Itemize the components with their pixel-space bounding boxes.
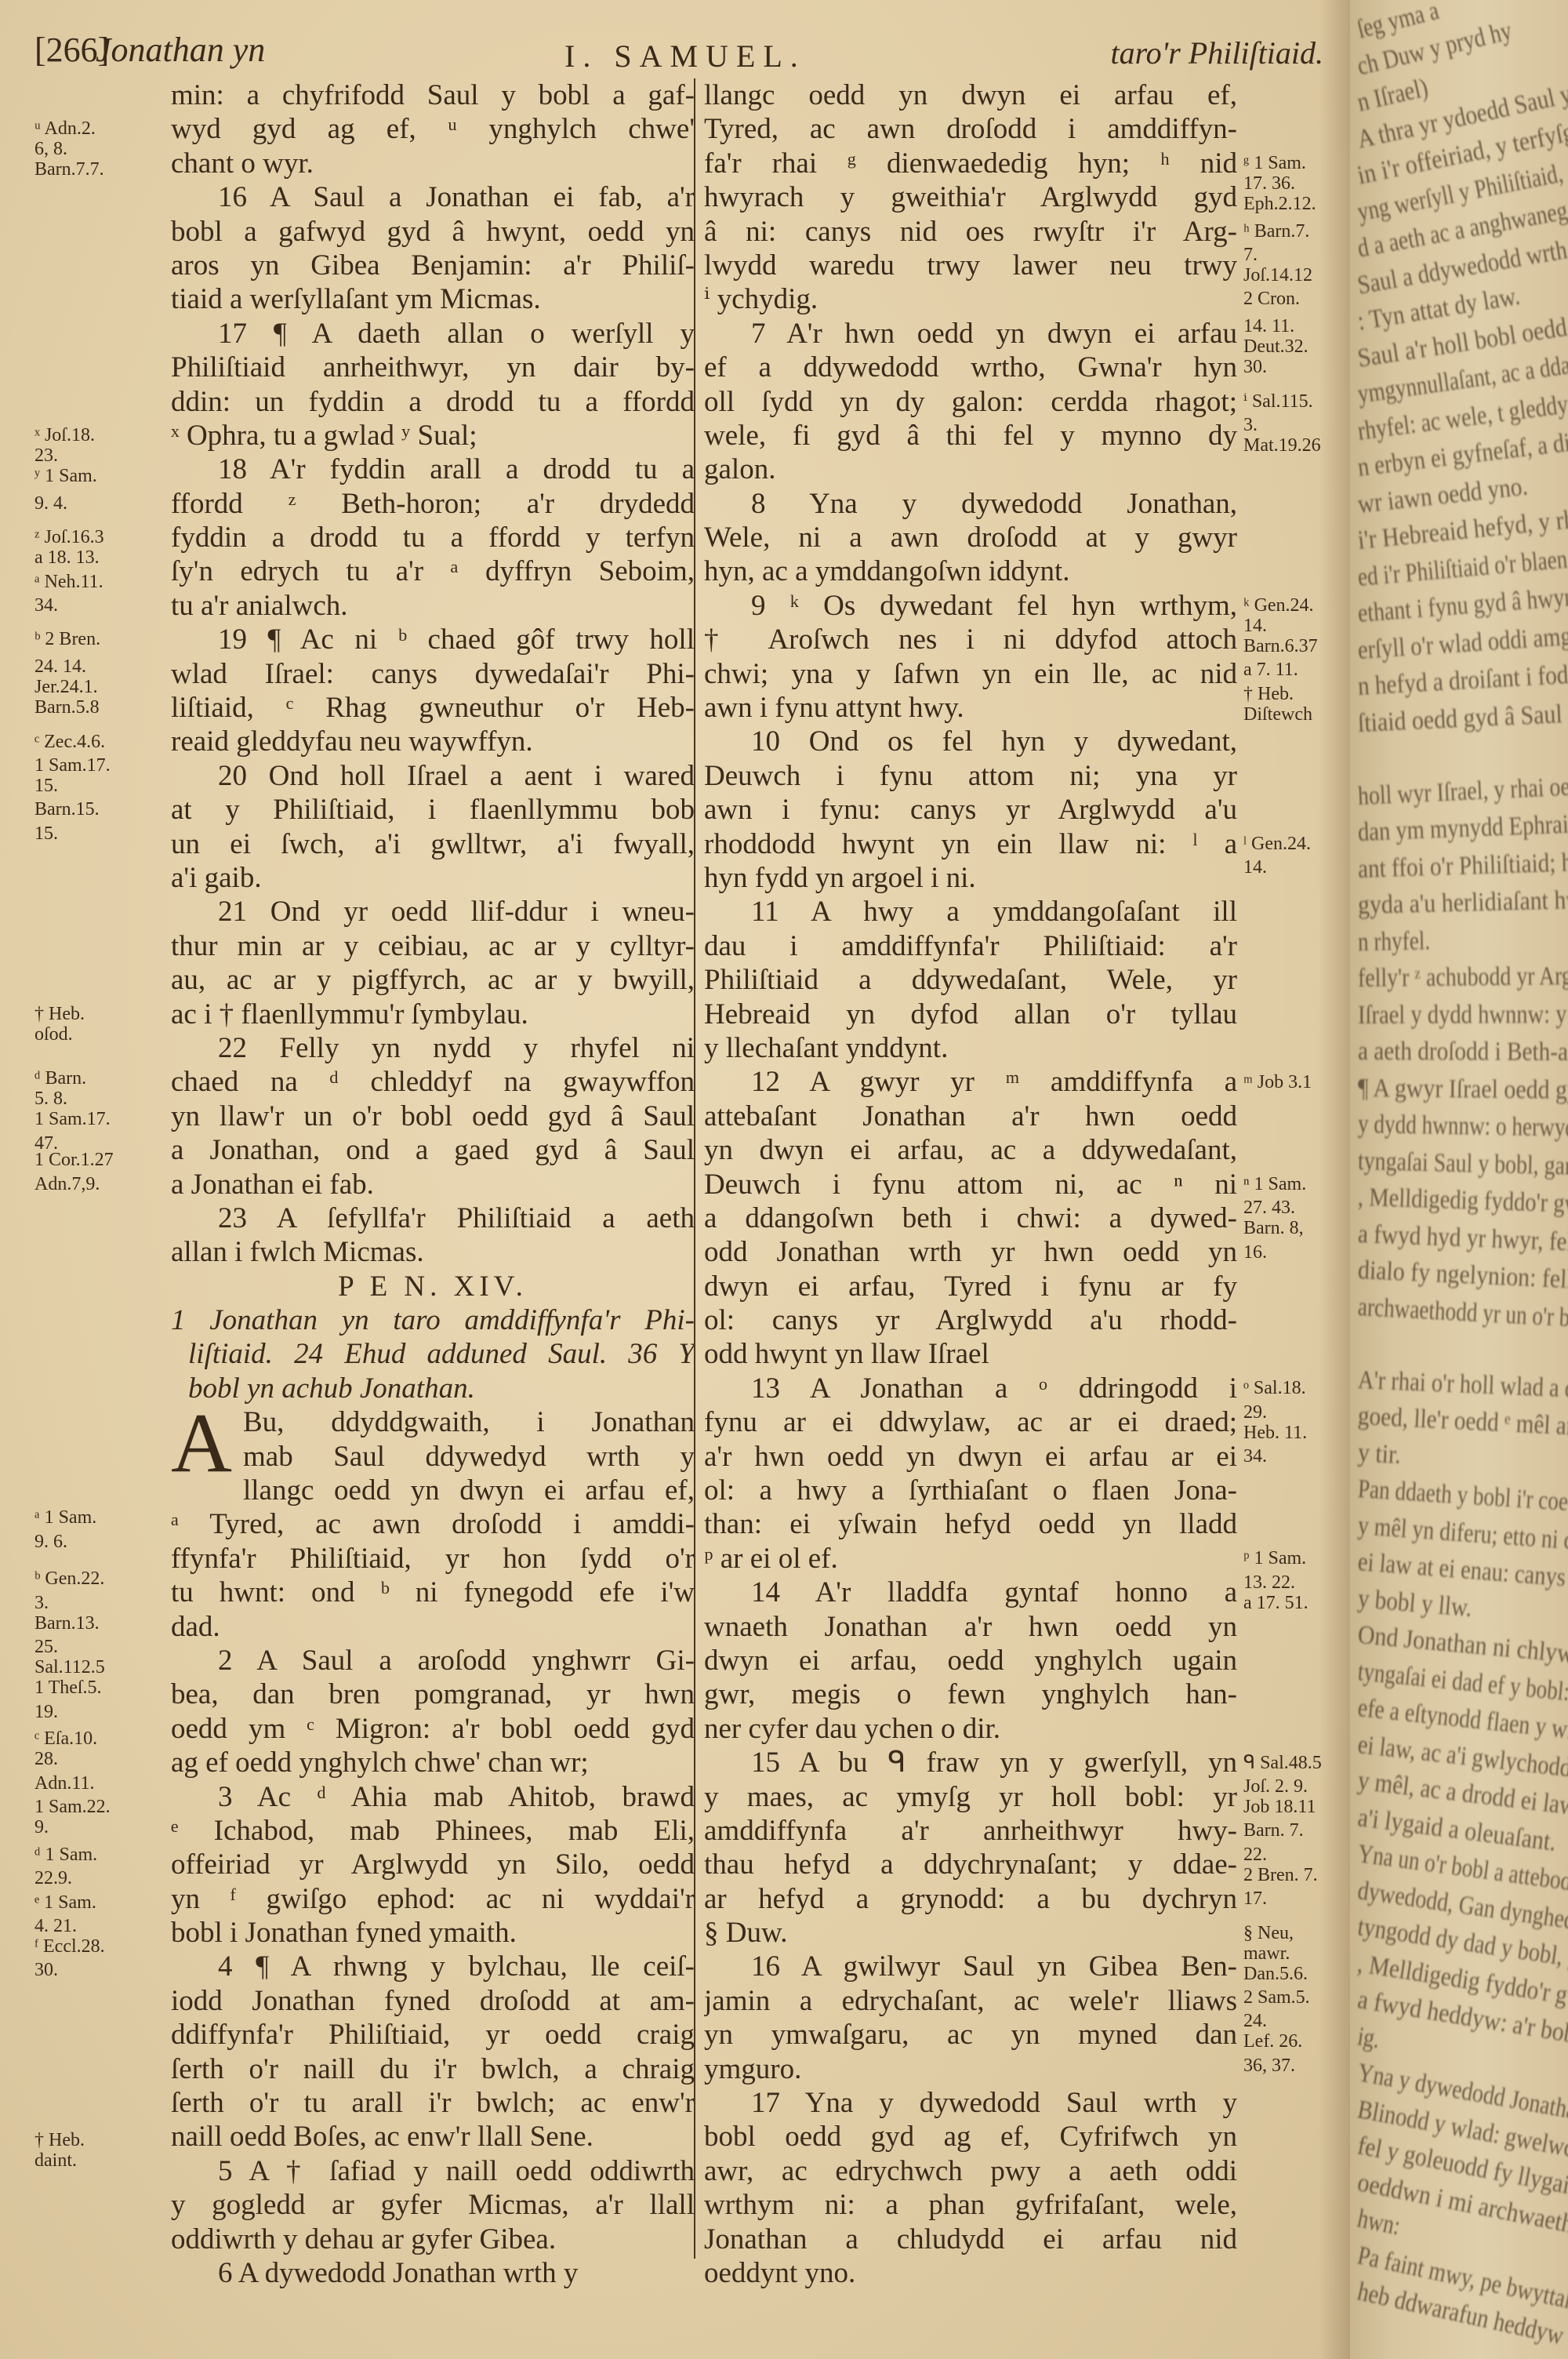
margin-reference: Barn. 8, (1243, 1218, 1304, 1238)
text-line: oddiwrth y dehau ar gyfer Gibea. (171, 2223, 695, 2256)
margin-reference: ᶜ Eſa.10. (34, 1728, 97, 1749)
margin-reference: † Heb. (1243, 684, 1294, 704)
adjacent-page-line: felly'r ᶻ achubodd yr Argl (1358, 961, 1568, 994)
text-line: tu hwnt: ond ᵇ ni fynegodd efe i'w (171, 1576, 695, 1609)
margin-reference: ᵇ Gen.22. (34, 1568, 104, 1589)
margin-reference: Joſ.14.12 (1243, 265, 1312, 285)
text-line: Jonathan a chludydd ei arfau nid (704, 2223, 1237, 2256)
margin-reference: a 17. 51. (1243, 1593, 1308, 1613)
margin-reference: Jer.24.1. (34, 677, 98, 697)
text-line: ol: a hwy a ſyrthiaſant o flaen Jona- (704, 1474, 1237, 1507)
right-column: llangc oedd yn dwyn ei arfau ef,Tyred, a… (704, 78, 1237, 2290)
adjacent-page-line: goed, lle'r oedd ᵉ mêl ar hyd (1357, 1401, 1568, 1444)
text-line: au, ac ar y pigffyrch, ac ar y bwyill, (171, 963, 695, 997)
margin-reference: Barn.5.8 (34, 697, 100, 718)
adjacent-page-line: gyda a'u herlidiaſant hwy o'u (1358, 885, 1568, 921)
adjacent-page-line: hwn: (1355, 2204, 1403, 2241)
margin-reference: Barn.13. (34, 1613, 100, 1634)
text-line: a'i gaib. (171, 861, 695, 895)
text-line: bobl oedd gyd ag ef, Cyfrifwch yn (704, 2120, 1237, 2154)
margin-reference: Deut.32. (1243, 336, 1308, 357)
margin-reference: 1 Theſ.5. (34, 1677, 102, 1698)
column-divider (694, 78, 695, 2259)
margin-reference: ᵒ Sal.18. (1243, 1378, 1306, 1398)
adjacent-page-line: ig. (1356, 2022, 1382, 2055)
margin-reference: Adn.11. (34, 1773, 94, 1794)
margin-reference: ᶜ Zec.4.6. (34, 732, 105, 752)
margin-reference: ᵘ Adn.2. (34, 118, 96, 139)
text-line: ar hefyd a grynodd: a bu dychryn (704, 1882, 1237, 1916)
margin-reference: 13. 22. (1243, 1572, 1295, 1593)
text-line: ſerth o'r naill du i'r bwlch, a chraig (171, 2052, 695, 2086)
text-line: lwydd waredu trwy lawer neu trwy (704, 249, 1237, 282)
margin-reference: 4. 21. (34, 1916, 77, 1936)
margin-reference: 1 Sam.17. (34, 755, 111, 776)
margin-reference: 3. (34, 1593, 49, 1613)
text-line: y gogledd ar gyfer Micmas, a'r llall (171, 2188, 695, 2222)
margin-reference: 29. (1243, 1402, 1267, 1423)
left-column: min: a chyfrifodd Saul y bobl a gaf-wyd … (171, 78, 695, 2290)
text-line: ag ef oedd ynghylch chwe' chan wr; (171, 1746, 695, 1779)
margin-reference: 15. (34, 776, 58, 796)
text-line: thau hefyd a ddychrynaſant; y ddae- (704, 1848, 1237, 1881)
margin-reference: 1 Sam.17. (34, 1109, 111, 1129)
text-line: yn dwyn ei arfau, ac a ddywedaſant, (704, 1133, 1237, 1167)
text-line: chwi; yna y ſafwn yn ein lle, ac nid (704, 657, 1237, 691)
margin-reference: 5. 8. (34, 1089, 67, 1109)
margin-reference: ᶻ Joſ.16.3 (34, 527, 104, 547)
margin-reference: Dan.5.6. (1243, 1964, 1308, 1984)
margin-reference: daint. (34, 2150, 77, 2171)
text-line: 3 Ac ᵈ Ahia mab Ahitob, brawd (171, 1780, 695, 1814)
text-line: tu a'r anialwch. (171, 589, 695, 623)
margin-reference: 1 Sam.22. (34, 1797, 111, 1817)
text-line: 10 Ond os fel hyn y dywedant, (704, 725, 1237, 758)
text-line: ac i † flaenllymmu'r ſymbylau. (171, 998, 695, 1031)
chapter-summary-line: bobl yn achub Jonathan. (171, 1372, 695, 1405)
text-line: Wele, ni a awn droſodd at y gwyr (704, 521, 1237, 554)
margin-reference: 22. (1243, 1845, 1267, 1865)
text-line: bobl a gafwyd gyd â hwynt, oedd yn (171, 215, 695, 249)
text-line: 6 A dywedodd Jonathan wrth y (171, 2256, 695, 2290)
text-line: wyd gyd ag ef, ᵘ ynghylch chwe' (171, 112, 695, 146)
text-line: 9 ᵏ Os dywedant fel hyn wrthym, (704, 589, 1237, 623)
text-line: 5 A † ſafiad y naill oedd oddiwrth (171, 2154, 695, 2188)
margin-reference: 17. (1243, 1888, 1267, 1909)
text-line: amddiffynfa a'r anrheithwyr hwy- (704, 1814, 1237, 1848)
adjacent-page-line: A'r rhai o'r holl wlad a ddae (1357, 1365, 1568, 1405)
margin-reference: Job 18.11 (1243, 1797, 1316, 1817)
text-line: llangc oedd yn dwyn ei arfau ef, (704, 78, 1237, 112)
margin-reference: a 18. 13. (34, 547, 100, 568)
adjacent-page-line: archwaethodd yr un o'r bobl ddim (1357, 1292, 1568, 1337)
margin-reference: ᵇ 2 Bren. (34, 629, 100, 649)
text-line: 15 A bu ᑫ fraw yn y gwerſyll, yn (704, 1746, 1237, 1779)
adjacent-page-line: holl wyr Iſrael, y rhai oedd (1357, 771, 1568, 812)
margin-reference: † Heb. (34, 2130, 85, 2150)
margin-reference: 23. (34, 445, 58, 466)
text-line: 16 A Saul a Jonathan ei fab, a'r (171, 180, 695, 214)
text-line: 22 Felly yn nydd y rhyfel ni (171, 1031, 695, 1065)
text-line: wele, fi gyd â thi fel y mynno dy (704, 419, 1237, 453)
adjacent-page-line: y tir. (1357, 1438, 1402, 1470)
text-line: fa'r rhai ᵍ dienwaededig hyn; ʰ nid (704, 147, 1237, 180)
text-line: 14 A'r lladdfa gyntaf honno a (704, 1576, 1237, 1609)
text-line: Philiſtiaid a ddywedaſant, Wele, yr (704, 963, 1237, 997)
margin-reference: Sal.112.5 (34, 1657, 105, 1677)
text-line: allan i fwlch Micmas. (171, 1235, 695, 1269)
text-line: oedd ym ᶜ Migron: a'r bobl oedd gyd (171, 1712, 695, 1746)
running-title-left: Jonathan yn (96, 30, 265, 70)
margin-reference: 9. 6. (34, 1532, 67, 1552)
text-line: 20 Ond holl Iſrael a aent i wared (171, 759, 695, 793)
margin-reference: ᵐ Job 3.1 (1243, 1072, 1312, 1092)
margin-reference: ⁿ 1 Sam. (1243, 1174, 1306, 1194)
text-line: ymguro. (704, 2052, 1237, 2086)
text-line: odd Jonathan wrth yr hwn oedd yn (704, 1235, 1237, 1269)
margin-reference: ʰ Barn.7. (1243, 221, 1309, 242)
margin-reference: 9. (34, 1817, 49, 1837)
margin-reference: Mat.19.26 (1243, 435, 1321, 456)
margin-reference: mawr. (1243, 1943, 1290, 1964)
adjacent-page-line: dan ym mynydd Ephraim, a (1357, 809, 1568, 848)
text-line: y llechaſant ynddynt. (704, 1031, 1237, 1065)
margin-reference: 14. 11. (1243, 316, 1294, 336)
text-line: a ddangoſwn beth i chwi: a dywed- (704, 1201, 1237, 1235)
margin-reference: 15. (34, 823, 58, 844)
margin-reference: 17. 36. (1243, 173, 1295, 194)
text-line: dwyn ei arfau, Tyred i fynu ar fy (704, 1270, 1237, 1303)
text-line: fynu ar ei ddwylaw, ac ar ei draed; (704, 1405, 1237, 1439)
book-page: [266] Jonathan yn I. SAMUEL. taro'r Phil… (0, 0, 1350, 2359)
margin-reference: ⁱ Sal.115. (1243, 391, 1313, 412)
text-line: llangc oedd yn dwyn ei arfau ef, (243, 1474, 695, 1507)
margin-reference: Barn.6.37 (1243, 636, 1318, 656)
text-line: attebaſant Jonathan a'r hwn oedd (704, 1100, 1237, 1133)
text-line: thur min ar y ceibiau, ac ar y cylltyr- (171, 929, 695, 963)
margin-reference: ᶠ Eccl.28. (34, 1936, 105, 1957)
margin-reference: 22.9. (34, 1868, 72, 1888)
margin-reference: 3. (1243, 415, 1258, 435)
adjacent-page-line: a fwyd hyd yr hwyr, fel y (1357, 1219, 1568, 1258)
text-line: ⁱ ychydig. (704, 282, 1237, 316)
text-line: hwyrach y gweithia'r Arglwydd gyd (704, 180, 1237, 214)
margin-reference: ᵈ 1 Sam. (34, 1845, 97, 1865)
text-line: iodd Jonathan fyned droſodd at am- (171, 1984, 695, 2018)
margin-reference: 34. (1243, 1446, 1267, 1467)
margin-reference: ᵏ Gen.24. (1243, 595, 1314, 616)
margin-reference: ᵃ 1 Sam. (34, 1507, 96, 1528)
text-line: at y Philiſtiaid, i flaenllymmu bob (171, 793, 695, 827)
text-line: ffynfa'r Philiſtiaid, yr hon ſydd o'r (171, 1542, 695, 1576)
text-line: † Aroſwch nes i ni ddyfod attoch (704, 623, 1237, 656)
text-line: ſy'n edrych tu a'r ᵃ dyffryn Seboim, (171, 554, 695, 588)
margin-reference: 19. (34, 1702, 58, 1722)
text-line: ˣ Ophra, tu a gwlad ʸ Sual; (171, 419, 695, 453)
margin-reference: 24. 14. (34, 656, 86, 677)
margin-reference: 25. (34, 1637, 58, 1657)
adjacent-page-line: ¶ A gwyr Iſrael oedd gyfyng (1358, 1074, 1568, 1107)
text-line: 17 ¶ A daeth allan o werſyll y (171, 317, 695, 351)
text-line: ef a ddywedodd wrtho, Gwna'r hyn (704, 351, 1237, 384)
text-line: 4 ¶ A rhwng y bylchau, lle ceiſ- (171, 1950, 695, 1983)
text-line: â ni: canys nid oes rwyſtr i'r Arg- (704, 215, 1237, 249)
text-line: min: a chyfrifodd Saul y bobl a gaf- (171, 78, 695, 112)
text-line: ᵃ Tyred, ac awn droſodd i amddi- (171, 1507, 695, 1541)
text-line: 21 Ond yr oedd llif-ddur i wneu- (171, 895, 695, 929)
text-line: a Jonathan, ond a gaed gyd â Saul (171, 1133, 695, 1167)
text-line: Deuwch i fynu attom ni; yna yr (704, 759, 1237, 793)
text-line: yn ᶠ gwiſgo ephod: ac ni wyddai'r (171, 1882, 695, 1916)
adjacent-page-line: y bobl y llw. (1356, 1584, 1473, 1623)
text-line: Tyred, ac awn droſodd i amddiffyn- (704, 112, 1237, 146)
margin-reference: 30. (34, 1960, 58, 1980)
text-line: awn i fynu attynt hwy. (704, 691, 1237, 725)
text-line: jamin a edrychaſant, ac wele'r lliaws (704, 1984, 1237, 2018)
chapter-opening: ABu, ddyddgwaith, i Jonathanmab Saul ddy… (171, 1405, 695, 1474)
text-line: 23 A ſefyllfa'r Philiſtiaid a aeth (171, 1201, 695, 1235)
book-title: I. SAMUEL. (564, 38, 806, 75)
text-line: wnaeth Jonathan a'r hwn oedd yn (704, 1610, 1237, 1644)
text-line: offeiriad yr Arglwydd yn Silo, oedd (171, 1848, 695, 1881)
text-line: galon. (704, 453, 1237, 486)
text-line: 11 A hwy a ymddangoſaſant ill (704, 895, 1237, 929)
adjacent-page-line: Iſrael y dydd hwnnw: y a'r (1358, 999, 1568, 1030)
margin-reference: 24. (1243, 2011, 1267, 2031)
margin-reference: 34. (34, 595, 58, 616)
text-line: 17 Yna y dywedodd Saul wrth y (704, 2086, 1237, 2120)
text-line: hyn fydd yn argoel i ni. (704, 861, 1237, 895)
text-line: Bu, ddyddgwaith, i Jonathan (243, 1405, 695, 1439)
text-line: rhoddodd hwynt yn ein llaw ni: ˡ a (704, 827, 1237, 861)
text-line: 18 A'r fyddin arall a drodd tu a (171, 453, 695, 486)
margin-reference: 36, 37. (1243, 2055, 1295, 2076)
margin-reference: Diſtewch (1243, 704, 1312, 725)
text-line: dwyn ei arfau, oedd ynghylch ugain (704, 1644, 1237, 1677)
adjacent-page-line: n hefyd a droiſant i fod gyd (1357, 658, 1568, 702)
text-line: 19 ¶ Ac ni ᵇ chaed gôf trwy holl (171, 623, 695, 656)
chapter-summary-line: 1 Jonathan yn taro amddiffynfa'r Phi- (171, 1303, 695, 1337)
text-line: awn i fynu: canys yr Arglwydd a'u (704, 793, 1237, 827)
margin-reference: 30. (1243, 357, 1267, 377)
adjacent-page-line: n rhyfel. (1358, 926, 1431, 958)
margin-reference: Heb. 11. (1243, 1423, 1307, 1443)
margin-reference: ˣ Joſ.18. (34, 425, 95, 445)
text-line: ſerth o'r tu arall i'r bwlch; ac enw'r (171, 2086, 695, 2120)
text-line: § Duw. (704, 1916, 1237, 1950)
text-line: a Jonathan ei fab. (171, 1168, 695, 1201)
chapter-summary-line: liſtiaid. 24 Ehud adduned Saul. 36 Y (171, 1337, 695, 1371)
drop-cap: A (171, 1408, 232, 1479)
margin-reference: ᵈ Barn. (34, 1068, 86, 1089)
margin-reference: 14. (1243, 616, 1267, 636)
text-line: ol: canys yr Arglwydd a'u rhodd- (704, 1303, 1237, 1337)
text-line: than: ei yſwain hefyd oedd yn lladd (704, 1507, 1237, 1541)
text-line: yn llaw'r un o'r bobl oedd gyd â Saul (171, 1100, 695, 1133)
text-line: y maes, ac ymyſg yr holl bobl: yr (704, 1780, 1237, 1814)
margin-reference: 6, 8. (34, 139, 67, 159)
margin-reference: 27. 43. (1243, 1198, 1295, 1218)
text-line: yn ymwaſgaru, ac yn myned dan (704, 2018, 1237, 2052)
adjacent-page-line: y dydd hwnnw: o herwydd (1358, 1110, 1568, 1143)
text-line: 8 Yna y dywedodd Jonathan, (704, 487, 1237, 521)
chapter-heading: P E N. XIV. (171, 1270, 695, 1303)
adjacent-page-line: dialo fy ngelynion: felly nid (1357, 1256, 1568, 1297)
margin-reference: oſod. (34, 1024, 73, 1045)
text-line: 12 A gwyr yr ᵐ amddiffynfa a (704, 1065, 1237, 1099)
text-line: chant o wyr. (171, 147, 695, 180)
margin-reference: ʸ 1 Sam. (34, 466, 97, 486)
adjacent-page-line: tyngaſai Saul y bobl, gan ddy (1358, 1147, 1568, 1183)
margin-reference: ᵖ 1 Sam. (1243, 1548, 1306, 1568)
text-line: naill oedd Boſes, ac enw'r llall Sene. (171, 2120, 695, 2154)
margin-reference: Barn.7.7. (34, 159, 104, 180)
text-line: tiaid a werſyllaſant ym Micmas. (171, 282, 695, 316)
running-title-right: taro'r Philiſtiaid. (1110, 35, 1323, 71)
text-line: aros yn Gibea Benjamin: a'r Philiſ- (171, 249, 695, 282)
text-line: hyn, ac a ymddangoſwn iddynt. (704, 554, 1237, 588)
text-line: reaid gleddyfau neu waywffyn. (171, 725, 695, 758)
margin-reference: 7. (1243, 245, 1258, 265)
text-line: bobl i Jonathan fyned ymaith. (171, 1916, 695, 1950)
text-line: un ei ſwch, a'i gwlltwr, a'i fwyall, (171, 827, 695, 861)
text-line: odd hwynt yn llaw Iſrael (704, 1337, 1237, 1371)
adjacent-page-line: , Melldigedig fyddo'r gwr (1357, 1183, 1568, 1219)
text-line: gwr, megis o fewn ynghylch han- (704, 1677, 1237, 1711)
margin-reference: ᵍ 1 Sam. (1243, 153, 1306, 173)
margin-reference: Barn. 7. (1243, 1820, 1304, 1841)
margin-reference: 2 Cron. (1243, 289, 1300, 309)
margin-reference: 16. (1243, 1242, 1267, 1263)
margin-reference: 2 Bren. 7. (1243, 1865, 1318, 1885)
text-line: bea, dan bren pomgranad, yr hwn (171, 1677, 695, 1711)
margin-reference: ˡ Gen.24. (1243, 834, 1311, 854)
text-line: awr, ac edrychwch pwy a aeth oddi (704, 2154, 1237, 2188)
margin-reference: Adn.7,9. (34, 1174, 100, 1194)
text-line: ᵖ ar ei ol ef. (704, 1542, 1237, 1576)
text-line: wlad Iſrael: canys dywedaſai'r Phi- (171, 657, 695, 691)
text-line: mab Saul ddywedyd wrth y (243, 1440, 695, 1474)
margin-reference: ᵉ 1 Sam. (34, 1892, 96, 1913)
margin-reference: Eph.2.12. (1243, 194, 1316, 214)
text-line: dau i amddiffynfa'r Philiſtiaid: a'r (704, 929, 1237, 963)
adjacent-page-line: Pan ddaeth y bobl i'r coed (1357, 1474, 1568, 1518)
margin-reference: 2 Sam.5. (1243, 1987, 1310, 2008)
margin-reference: ᑫ Sal.48.5 (1243, 1753, 1322, 1773)
margin-reference: Lef. 26. (1243, 2031, 1302, 2052)
adjacent-page-edge: ſeg yma ach Duw y pryd hyn Iſrael)A thra… (1350, 0, 1568, 2359)
margin-reference: 28. (34, 1749, 58, 1769)
adjacent-page-line: ſtiaid oedd gyd â Saul a Jo- (1357, 697, 1568, 739)
text-line: ddiffynfa'r Philiſtiaid, yr oedd craig (171, 2018, 695, 2052)
text-line: fyddin a drodd tu a ffordd y terfyn (171, 521, 695, 554)
text-line: Deuwch i fynu attom ni, ac ⁿ ni (704, 1168, 1237, 1201)
text-line: ddin: un fyddin a drodd tu a ffordd (171, 385, 695, 419)
text-line: ᵉ Ichabod, mab Phinees, mab Eli, (171, 1814, 695, 1848)
margin-reference: Joſ. 2. 9. (1243, 1776, 1308, 1797)
text-line: 2 A Saul a aroſodd ynghwrr Gi- (171, 1644, 695, 1677)
margin-reference: Barn.15. (34, 799, 100, 820)
text-line: 7 A'r hwn oedd yn dwyn ei arfau (704, 317, 1237, 351)
margin-reference: † Heb. (34, 1004, 85, 1024)
margin-reference: § Neu, (1243, 1923, 1294, 1943)
margin-reference: 14. (1243, 857, 1267, 878)
text-line: a'r hwn oedd yn dwyn ei arfau ar ei (704, 1440, 1237, 1474)
adjacent-page-line: a aeth droſodd i Beth-afen. (1358, 1037, 1568, 1067)
text-line: Hebreaid yn dyfod allan o'r tyllau (704, 998, 1237, 1031)
adjacent-page-line: ant ffoi o'r Philiſtiaid; hwy (1357, 847, 1568, 885)
text-line: liſtiaid, ᶜ Rhag gwneuthur o'r Heb- (171, 691, 695, 725)
text-line: chaed na ᵈ chleddyf na gwaywffon (171, 1065, 695, 1099)
margin-reference: 9. 4. (34, 493, 67, 514)
text-line: 16 A gwilwyr Saul yn Gibea Ben- (704, 1950, 1237, 1983)
text-line: ffordd ᶻ Beth-horon; a'r drydedd (171, 487, 695, 521)
text-line: oeddynt yno. (704, 2256, 1237, 2290)
margin-reference: ᵃ Neh.11. (34, 572, 103, 592)
text-line: wrthym ni: a phan gyfrifaſant, wele, (704, 2188, 1237, 2222)
margin-reference: 1 Cor.1.27 (34, 1150, 114, 1170)
text-line: 13 A Jonathan a ᵒ ddringodd i (704, 1372, 1237, 1405)
text-line: dad. (171, 1610, 695, 1644)
text-line: ner cyfer dau ychen o dir. (704, 1712, 1237, 1746)
margin-reference: a 7. 11. (1243, 660, 1298, 680)
text-line: oll ſydd yn dy galon: cerdda rhagot; (704, 385, 1237, 419)
text-line: Philiſtiaid anrheithwyr, yn dair by- (171, 351, 695, 384)
